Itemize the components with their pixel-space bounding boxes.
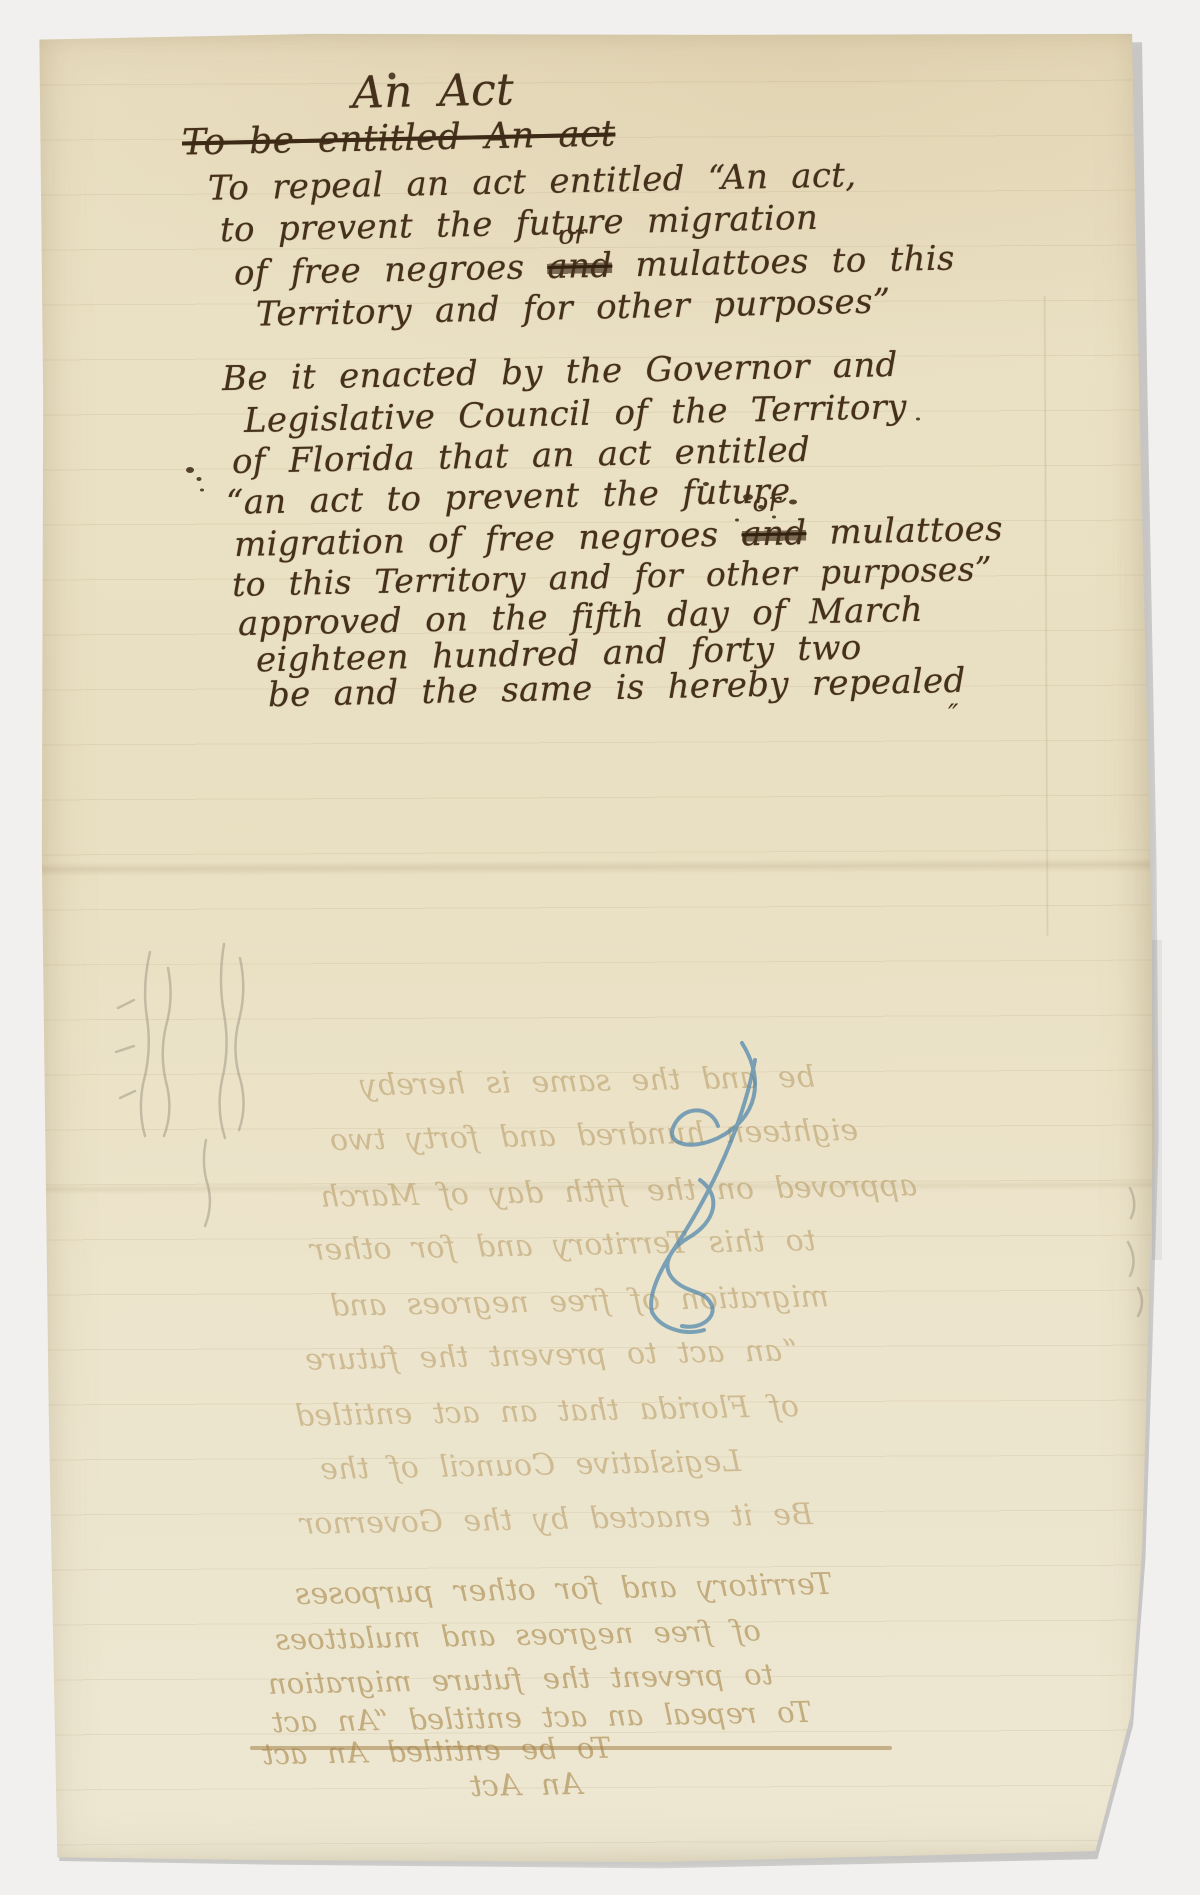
insertion-wrap: orand	[741, 513, 807, 554]
struck-word: and	[741, 513, 807, 554]
line-text: mulattoes	[829, 509, 1003, 553]
struck-word: and	[547, 246, 613, 287]
insertion-wrap: orand	[547, 246, 613, 287]
line-text: of free negroes	[234, 247, 525, 293]
act-title: An Act	[351, 64, 514, 118]
scan-background: be and the same is hereby eighteen hundr…	[0, 0, 1200, 1895]
ditto-mark: ″	[948, 698, 958, 731]
inserted-word: or	[558, 220, 587, 251]
line-text: mulattoes to this	[635, 238, 955, 285]
inserted-word: or	[752, 488, 781, 519]
